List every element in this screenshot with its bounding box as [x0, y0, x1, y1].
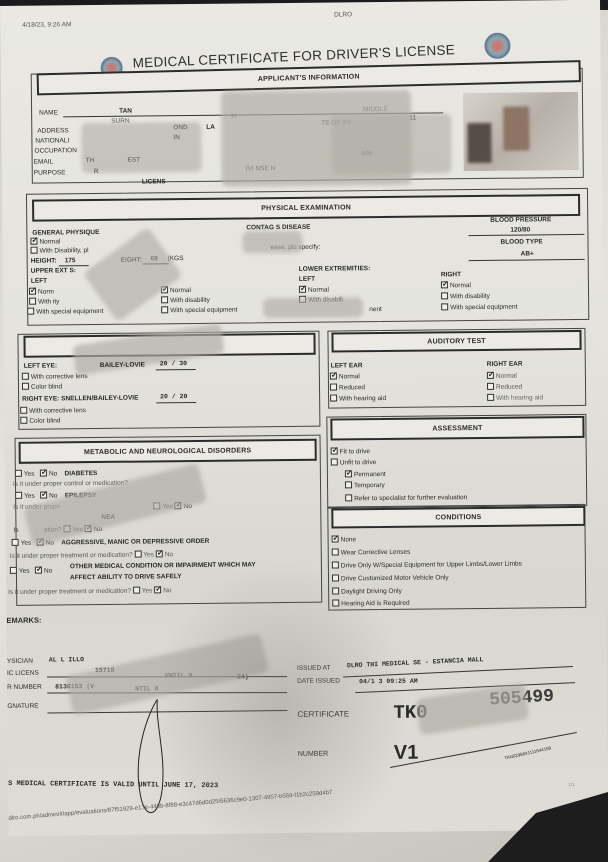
- right-eye-label: RIGHT EYE: SNELLEN/BAILEY-LOVIE: [22, 395, 138, 403]
- upper-extremities-label: UPPER EXT S:: [31, 267, 76, 274]
- lower-right-label: RIGHT: [441, 271, 461, 278]
- other-condition-question: Is it under proper treatment or medicati…: [8, 586, 171, 596]
- unfit-to-drive[interactable]: Unfit to drive: [331, 458, 377, 466]
- left-ear-normal[interactable]: Normal: [330, 372, 360, 380]
- checkbox[interactable]: [487, 383, 494, 390]
- purpose-label: PURPOSE: [34, 169, 66, 176]
- checkbox[interactable]: [441, 281, 448, 288]
- checkbox[interactable]: [332, 535, 339, 542]
- checkbox[interactable]: [20, 417, 27, 424]
- left-ear-label: LEFT EAR: [331, 362, 363, 369]
- checkbox-yes[interactable]: [15, 470, 22, 477]
- checkbox[interactable]: [22, 383, 29, 390]
- lower-left-special: nent: [369, 306, 382, 313]
- checkbox-yes[interactable]: [133, 587, 140, 594]
- condition-daylight-only[interactable]: Daylight Driving Only: [332, 587, 402, 596]
- checkbox[interactable]: [441, 292, 448, 299]
- address-value-2: LA: [206, 124, 215, 131]
- checkbox[interactable]: [331, 458, 338, 465]
- checkbox[interactable]: [29, 298, 36, 305]
- checkbox[interactable]: [487, 394, 494, 401]
- checkbox[interactable]: [345, 470, 352, 477]
- other-condition-row: Yes No: [10, 566, 52, 574]
- email-label: EMAIL: [34, 158, 54, 165]
- blood-type-label: BLOOD TYPE: [500, 238, 542, 245]
- checkbox[interactable]: [22, 373, 29, 380]
- lower-extremities-label: LOWER EXTREMITIES:: [299, 265, 371, 273]
- right-eye-value: 20 / 20: [160, 393, 187, 400]
- checkbox-yes[interactable]: [15, 492, 22, 499]
- left-eye-value: 20 / 30: [160, 360, 187, 367]
- checkbox[interactable]: [332, 574, 339, 581]
- license-label: IC LICENS: [7, 670, 39, 677]
- general-physique-disability[interactable]: With Disability, pl: [31, 246, 89, 255]
- condition-hearing-aid[interactable]: Hearing Aid is Required: [332, 599, 409, 608]
- medical-certificate-page: 4/18/23, 9:26 AM DLRO MEDICAL CERTIFICAT…: [0, 0, 608, 836]
- lower-left-label: LEFT: [299, 276, 315, 283]
- general-physique-normal[interactable]: Normal: [30, 237, 60, 245]
- issued-at-label: ISSUED AT: [297, 665, 331, 672]
- aggressive-question: Is it under proper treatment or medicati…: [10, 550, 173, 560]
- left-ear-hearing-aid[interactable]: With hearing aid: [330, 394, 386, 403]
- checkbox[interactable]: [345, 494, 352, 501]
- checkbox[interactable]: [161, 306, 168, 313]
- checkbox-no[interactable]: [154, 586, 161, 593]
- agency-seal-icon: [484, 33, 510, 59]
- checkbox[interactable]: [27, 308, 34, 315]
- upper-left-special[interactable]: With special equipment: [27, 307, 103, 316]
- certificate-label: CERTIFICATE: [297, 709, 349, 719]
- checkbox-yes[interactable]: [134, 551, 141, 558]
- auditory-section-header: AUDITORY TEST: [331, 330, 581, 353]
- checkbox[interactable]: [20, 407, 27, 414]
- checkbox-no[interactable]: [35, 567, 42, 574]
- height-value: 175: [65, 257, 76, 264]
- fit-to-drive[interactable]: Fit to drive: [331, 447, 370, 455]
- checkbox[interactable]: [30, 238, 37, 245]
- checkbox-no[interactable]: [156, 550, 163, 557]
- checkbox[interactable]: [330, 383, 337, 390]
- surname-value: TAN: [119, 108, 132, 115]
- date-issued-label: DATE ISSUED: [297, 677, 340, 684]
- assessment-section-header: ASSESSMENT: [330, 416, 584, 441]
- upper-right-disability[interactable]: With disability: [161, 296, 210, 305]
- checkbox-no[interactable]: [40, 492, 47, 499]
- remarks-label: EMARKS:: [6, 616, 41, 625]
- checkbox[interactable]: [299, 286, 306, 293]
- right-eye-colorblind[interactable]: Color blind: [20, 416, 60, 424]
- general-physique-label: GENERAL PHYSIQUE: [32, 229, 99, 237]
- lower-left-normal[interactable]: Normal: [299, 286, 329, 294]
- right-ear-reduced[interactable]: Reduced: [487, 383, 522, 391]
- metabolic-section-header: METABOLIC AND NEUROLOGICAL DISORDERS: [19, 439, 317, 464]
- checkbox-yes[interactable]: [12, 539, 19, 546]
- checkbox[interactable]: [487, 372, 494, 379]
- left-eye-corrective[interactable]: With corrective lens: [22, 372, 88, 381]
- other-condition-label-2: AFFECT ABILITY TO DRIVE SAFELY: [70, 573, 182, 581]
- blood-pressure-value: 120/80: [510, 226, 530, 233]
- checkbox[interactable]: [330, 394, 337, 401]
- refer-specialist-option[interactable]: Refer to specialist for further evaluati…: [345, 493, 467, 502]
- occupation-label: OCCUPATION: [34, 147, 76, 154]
- condition-corrective-lenses[interactable]: Wear Corrective Lenses: [332, 548, 411, 557]
- upper-left-normal[interactable]: Norm: [29, 287, 54, 295]
- height-label: HEIGHT:: [31, 257, 57, 264]
- nationality-label: NATIONALI: [35, 137, 69, 144]
- validity-statement: S MEDICAL CERTIFICATE IS VALID UNTIL JUN…: [8, 780, 218, 790]
- right-eye-corrective[interactable]: With corrective lens: [20, 406, 86, 415]
- checkbox[interactable]: [332, 599, 339, 606]
- name-label: NAME: [39, 109, 58, 116]
- upper-left-label: LEFT: [31, 278, 47, 285]
- checkbox[interactable]: [332, 548, 339, 555]
- address-label: ADDRESS: [37, 127, 69, 134]
- physician-value: AL L ILLO: [49, 656, 84, 663]
- checkbox[interactable]: [29, 288, 36, 295]
- checkbox[interactable]: [332, 587, 339, 594]
- blood-pressure-label: BLOOD PRESSURE: [490, 216, 551, 224]
- print-datetime: 4/18/23, 9:26 AM: [22, 21, 71, 29]
- lower-right-normal[interactable]: Normal: [441, 281, 471, 289]
- permanent-option[interactable]: Permanent: [345, 470, 386, 478]
- date-issued-value: 04/1 3 09:25 AM: [359, 678, 418, 686]
- upper-right-special[interactable]: With special equipment: [161, 306, 237, 315]
- purpose-value-line2: LICENS: [142, 178, 166, 185]
- applicant-photo: [463, 92, 579, 171]
- checkbox[interactable]: [330, 372, 337, 379]
- blood-type-value: AB+: [521, 250, 534, 257]
- checkbox[interactable]: [441, 303, 448, 310]
- checkbox[interactable]: [332, 561, 339, 568]
- conditions-section-header: CONDITIONS: [331, 506, 585, 529]
- checkbox-yes[interactable]: [10, 567, 17, 574]
- issued-at-value: DLRO THI MEDICAL SE - ESTANCIA MALL: [347, 656, 484, 669]
- left-eye-colorblind[interactable]: Color blind: [22, 382, 62, 390]
- serial-code: TAN0298841111644158: [504, 745, 552, 760]
- lower-right-special[interactable]: With special equipment: [441, 303, 517, 312]
- condition-customized-vehicle[interactable]: Drive Customized Motor Vehicle Only: [332, 573, 449, 582]
- lower-right-disability[interactable]: With disability: [441, 292, 490, 301]
- checkbox[interactable]: [345, 481, 352, 488]
- left-eye-label: LEFT EYE:: [24, 362, 57, 369]
- right-ear-hearing-aid[interactable]: With hearing aid: [487, 393, 543, 402]
- right-ear-label: RIGHT EAR: [487, 361, 523, 368]
- signature-label: GNATURE: [7, 703, 38, 710]
- number-label: NUMBER: [298, 751, 328, 758]
- upper-left-disability[interactable]: With ity: [29, 297, 59, 305]
- page-number: 1/1: [568, 782, 574, 787]
- checkbox-no[interactable]: [40, 470, 47, 477]
- checkbox[interactable]: [161, 296, 168, 303]
- left-ear-reduced[interactable]: Reduced: [330, 383, 365, 391]
- temporary-option[interactable]: Temporary: [345, 481, 385, 489]
- physician-label: YSICIAN: [7, 658, 33, 665]
- checkbox[interactable]: [31, 247, 38, 254]
- condition-none[interactable]: None: [332, 535, 357, 543]
- checkbox[interactable]: [331, 447, 338, 454]
- ptr-label: R NUMBER: [7, 684, 42, 691]
- right-ear-normal[interactable]: Normal: [487, 372, 517, 380]
- agency-label: DLRO: [334, 11, 352, 18]
- left-eye-method: BAILEY-LOVIE: [100, 362, 145, 369]
- diabetes-row: Yes No DIABETES: [15, 469, 98, 478]
